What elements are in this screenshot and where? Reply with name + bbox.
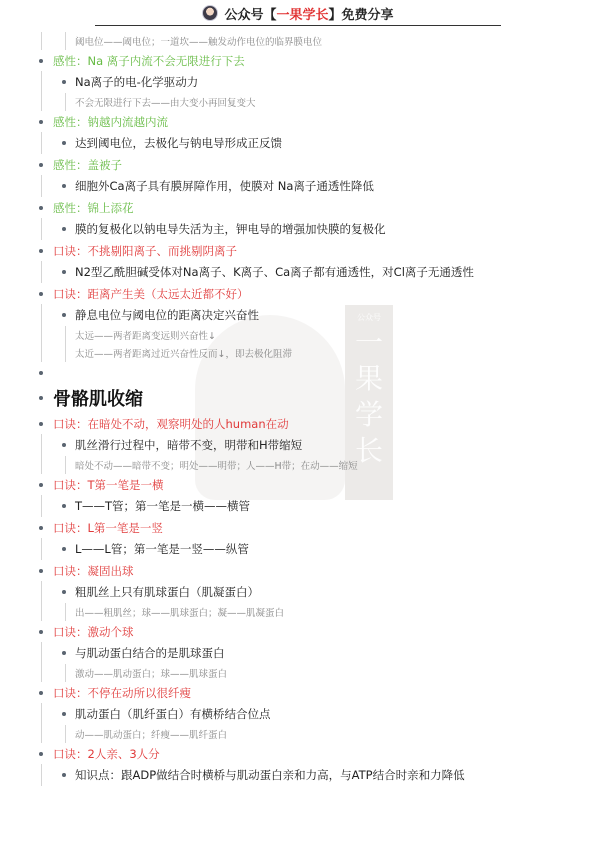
item-text: 达到阈电位，去极化与钠电导形成正反馈	[75, 135, 282, 151]
list-item: 口诀：激动个球	[0, 621, 596, 642]
header-bracket-open: 【	[263, 4, 276, 23]
bullet-icon[interactable]	[62, 773, 66, 777]
item-text: 骨骼肌收缩	[53, 385, 143, 411]
item-text: 口诀：L第一笔是一竖	[53, 520, 163, 536]
list-item: 口诀：T第一笔是一横	[0, 474, 596, 495]
bullet-icon[interactable]	[62, 227, 66, 231]
item-text: 感性：锦上添花	[53, 200, 134, 216]
list-item: 感性：钠越内流越内流	[0, 111, 596, 132]
list-item: 口诀：凝固出球	[0, 560, 596, 581]
item-text: L——L管；第一笔是一竖——纵管	[75, 541, 249, 557]
list-item	[0, 362, 596, 383]
header-suffix: 免费分享	[342, 4, 394, 23]
bullet-icon[interactable]	[39, 569, 43, 573]
indent-guide	[65, 344, 66, 362]
list-item: 感性：Na 离子内流不会无限进行下去	[0, 50, 596, 71]
indent-guide	[41, 495, 42, 517]
bullet-icon[interactable]	[39, 292, 43, 296]
bullet-icon[interactable]	[62, 270, 66, 274]
item-text: 太远——两者距离变远则兴奋性↓	[75, 328, 216, 342]
list-item: 知识点：跟ADP做结合时横桥与肌动蛋白亲和力高，与ATP结合时亲和力降低	[0, 764, 596, 786]
indent-guide	[41, 218, 42, 240]
indent-guide	[41, 581, 42, 603]
note-text: 出——粗肌丝；球——肌球蛋白；凝——肌凝蛋白	[0, 603, 596, 621]
bullet-icon[interactable]	[62, 80, 66, 84]
indent-guide	[65, 93, 66, 111]
list-item: 口诀：2人亲、3人分	[0, 743, 596, 764]
section-heading: 骨骼肌收缩	[0, 383, 596, 413]
note-text: 太远——两者距离变远则兴奋性↓	[0, 326, 596, 344]
indent-guide	[41, 642, 42, 664]
item-text: 不会无限进行下去——由大变小再回复变大	[75, 95, 256, 109]
bullet-icon[interactable]	[62, 712, 66, 716]
item-text: 口诀：2人亲、3人分	[53, 746, 160, 762]
list-item: L——L管；第一笔是一竖——纵管	[0, 538, 596, 560]
item-text: Na离子的电-化学驱动力	[75, 74, 198, 90]
bullet-icon[interactable]	[39, 163, 43, 167]
indent-guide	[41, 764, 42, 786]
bullet-icon[interactable]	[62, 651, 66, 655]
bullet-icon[interactable]	[39, 630, 43, 634]
indent-guide	[41, 175, 42, 197]
bullet-icon[interactable]	[39, 371, 43, 375]
bullet-icon[interactable]	[62, 590, 66, 594]
indent-guide	[41, 32, 42, 50]
item-text: 与肌动蛋白结合的是肌球蛋白	[75, 645, 225, 661]
list-item: 口诀：不挑剔阳离子、而挑剔阴离子	[0, 240, 596, 261]
outline-content: 阈电位——阈电位；一道坎——触发动作电位的临界膜电位感性：Na 离子内流不会无限…	[0, 32, 596, 786]
item-text: 肌丝滑行过程中，暗带不变，明带和H带缩短	[75, 437, 302, 453]
item-text: 感性：Na 离子内流不会无限进行下去	[53, 53, 245, 69]
indent-guide	[41, 132, 42, 154]
bullet-icon[interactable]	[39, 526, 43, 530]
indent-guide	[41, 304, 42, 326]
indent-guide	[65, 326, 66, 344]
indent-guide	[65, 664, 66, 682]
item-text: 感性：盖被子	[53, 157, 122, 173]
list-item: 口诀：不停在动所以很纤瘦	[0, 682, 596, 703]
bullet-icon[interactable]	[62, 547, 66, 551]
bullet-icon[interactable]	[39, 249, 43, 253]
list-item: Na离子的电-化学驱动力	[0, 71, 596, 93]
note-text: 不会无限进行下去——由大变小再回复变大	[0, 93, 596, 111]
header-bracket-close: 】	[329, 4, 342, 23]
bullet-icon[interactable]	[39, 396, 43, 400]
indent-guide	[41, 93, 42, 111]
item-text: 动——肌动蛋白；纤瘦——肌纤蛋白	[75, 727, 227, 741]
item-text: 激动——肌动蛋白；球——肌球蛋白	[75, 666, 227, 680]
item-text: 阈电位——阈电位；一道坎——触发动作电位的临界膜电位	[75, 34, 322, 48]
item-text: 口诀：距离产生美（太远太近都不好）	[53, 286, 249, 302]
item-text: 细胞外Ca离子具有膜屏障作用，使膜对 Na离子通透性降低	[75, 178, 374, 194]
item-text: 口诀：激动个球	[53, 624, 134, 640]
item-text: 静息电位与阈电位的距离决定兴奋性	[75, 307, 259, 323]
note-text: 动——肌动蛋白；纤瘦——肌纤蛋白	[0, 725, 596, 743]
bullet-icon[interactable]	[39, 752, 43, 756]
indent-guide	[41, 664, 42, 682]
header-divider	[95, 25, 501, 26]
item-text: 肌动蛋白（肌纤蛋白）有横桥结合位点	[75, 706, 271, 722]
header-prefix: 公众号	[224, 4, 263, 23]
indent-guide	[65, 32, 66, 50]
list-item: 肌丝滑行过程中，暗带不变，明带和H带缩短	[0, 434, 596, 456]
item-text: 口诀：不停在动所以很纤瘦	[53, 685, 191, 701]
bullet-icon[interactable]	[39, 691, 43, 695]
indent-guide	[41, 344, 42, 362]
list-item: 感性：盖被子	[0, 154, 596, 175]
list-item: 与肌动蛋白结合的是肌球蛋白	[0, 642, 596, 664]
bullet-icon[interactable]	[39, 59, 43, 63]
item-text: 口诀：在暗处不动，观察明处的人human在动	[53, 416, 289, 432]
item-text: 口诀：T第一笔是一横	[53, 477, 164, 493]
list-item: 口诀：在暗处不动，观察明处的人human在动	[0, 413, 596, 434]
list-item: 达到阈电位，去极化与钠电导形成正反馈	[0, 132, 596, 154]
bullet-icon[interactable]	[62, 443, 66, 447]
list-item: 细胞外Ca离子具有膜屏障作用，使膜对 Na离子通透性降低	[0, 175, 596, 197]
bullet-icon[interactable]	[62, 504, 66, 508]
indent-guide	[41, 725, 42, 743]
list-item: 感性：锦上添花	[0, 197, 596, 218]
indent-guide	[41, 603, 42, 621]
item-text: 口诀：不挑剔阳离子、而挑剔阴离子	[53, 243, 237, 259]
bullet-icon[interactable]	[62, 313, 66, 317]
indent-guide	[41, 703, 42, 725]
item-text: 太近——两者距离过近兴奋性反而↓，即去极化阻滞	[75, 346, 292, 360]
list-item: T——T管；第一笔是一横——横管	[0, 495, 596, 517]
item-text: 出——粗肌丝；球——肌球蛋白；凝——肌凝蛋白	[75, 605, 284, 619]
bullet-icon[interactable]	[62, 141, 66, 145]
list-item: 口诀：L第一笔是一竖	[0, 517, 596, 538]
indent-guide	[65, 725, 66, 743]
bullet-icon[interactable]	[39, 120, 43, 124]
list-item: 肌动蛋白（肌纤蛋白）有横桥结合位点	[0, 703, 596, 725]
header-brand: 一果学长	[276, 4, 328, 23]
bullet-icon[interactable]	[39, 422, 43, 426]
indent-guide	[41, 538, 42, 560]
item-text: 感性：钠越内流越内流	[53, 114, 168, 130]
page-header: 公众号 【 一果学长 】 免费分享	[0, 0, 596, 26]
item-text: 粗肌丝上只有肌球蛋白（肌凝蛋白）	[75, 584, 259, 600]
indent-guide	[41, 261, 42, 283]
indent-guide	[41, 434, 42, 456]
bullet-icon[interactable]	[39, 483, 43, 487]
item-text: N2型乙酰胆碱受体对Na离子、K离子、Ca离子都有通透性，对Cl离子无通透性	[75, 264, 474, 280]
item-text: 口诀：凝固出球	[53, 563, 134, 579]
list-item: 膜的复极化以钠电导失活为主，钾电导的增强加快膜的复极化	[0, 218, 596, 240]
bullet-icon[interactable]	[62, 184, 66, 188]
item-text: 膜的复极化以钠电导失活为主，钾电导的增强加快膜的复极化	[75, 221, 386, 237]
item-text: 暗处不动——暗带不变；明处——明带；人——H带；在动——缩短	[75, 458, 358, 472]
indent-guide	[65, 456, 66, 474]
note-text: 激动——肌动蛋白；球——肌球蛋白	[0, 664, 596, 682]
bullet-icon[interactable]	[39, 206, 43, 210]
list-item: N2型乙酰胆碱受体对Na离子、K离子、Ca离子都有通透性，对Cl离子无通透性	[0, 261, 596, 283]
indent-guide	[41, 456, 42, 474]
indent-guide	[41, 71, 42, 93]
note-text: 暗处不动——暗带不变；明处——明带；人——H带；在动——缩短	[0, 456, 596, 474]
indent-guide	[65, 603, 66, 621]
list-item: 静息电位与阈电位的距离决定兴奋性	[0, 304, 596, 326]
indent-guide	[41, 326, 42, 344]
avatar-icon	[202, 5, 218, 21]
list-item: 口诀：距离产生美（太远太近都不好）	[0, 283, 596, 304]
item-text: 知识点：跟ADP做结合时横桥与肌动蛋白亲和力高，与ATP结合时亲和力降低	[75, 767, 465, 783]
note-text: 阈电位——阈电位；一道坎——触发动作电位的临界膜电位	[0, 32, 596, 50]
list-item: 粗肌丝上只有肌球蛋白（肌凝蛋白）	[0, 581, 596, 603]
item-text: T——T管；第一笔是一横——横管	[75, 498, 250, 514]
note-text: 太近——两者距离过近兴奋性反而↓，即去极化阻滞	[0, 344, 596, 362]
